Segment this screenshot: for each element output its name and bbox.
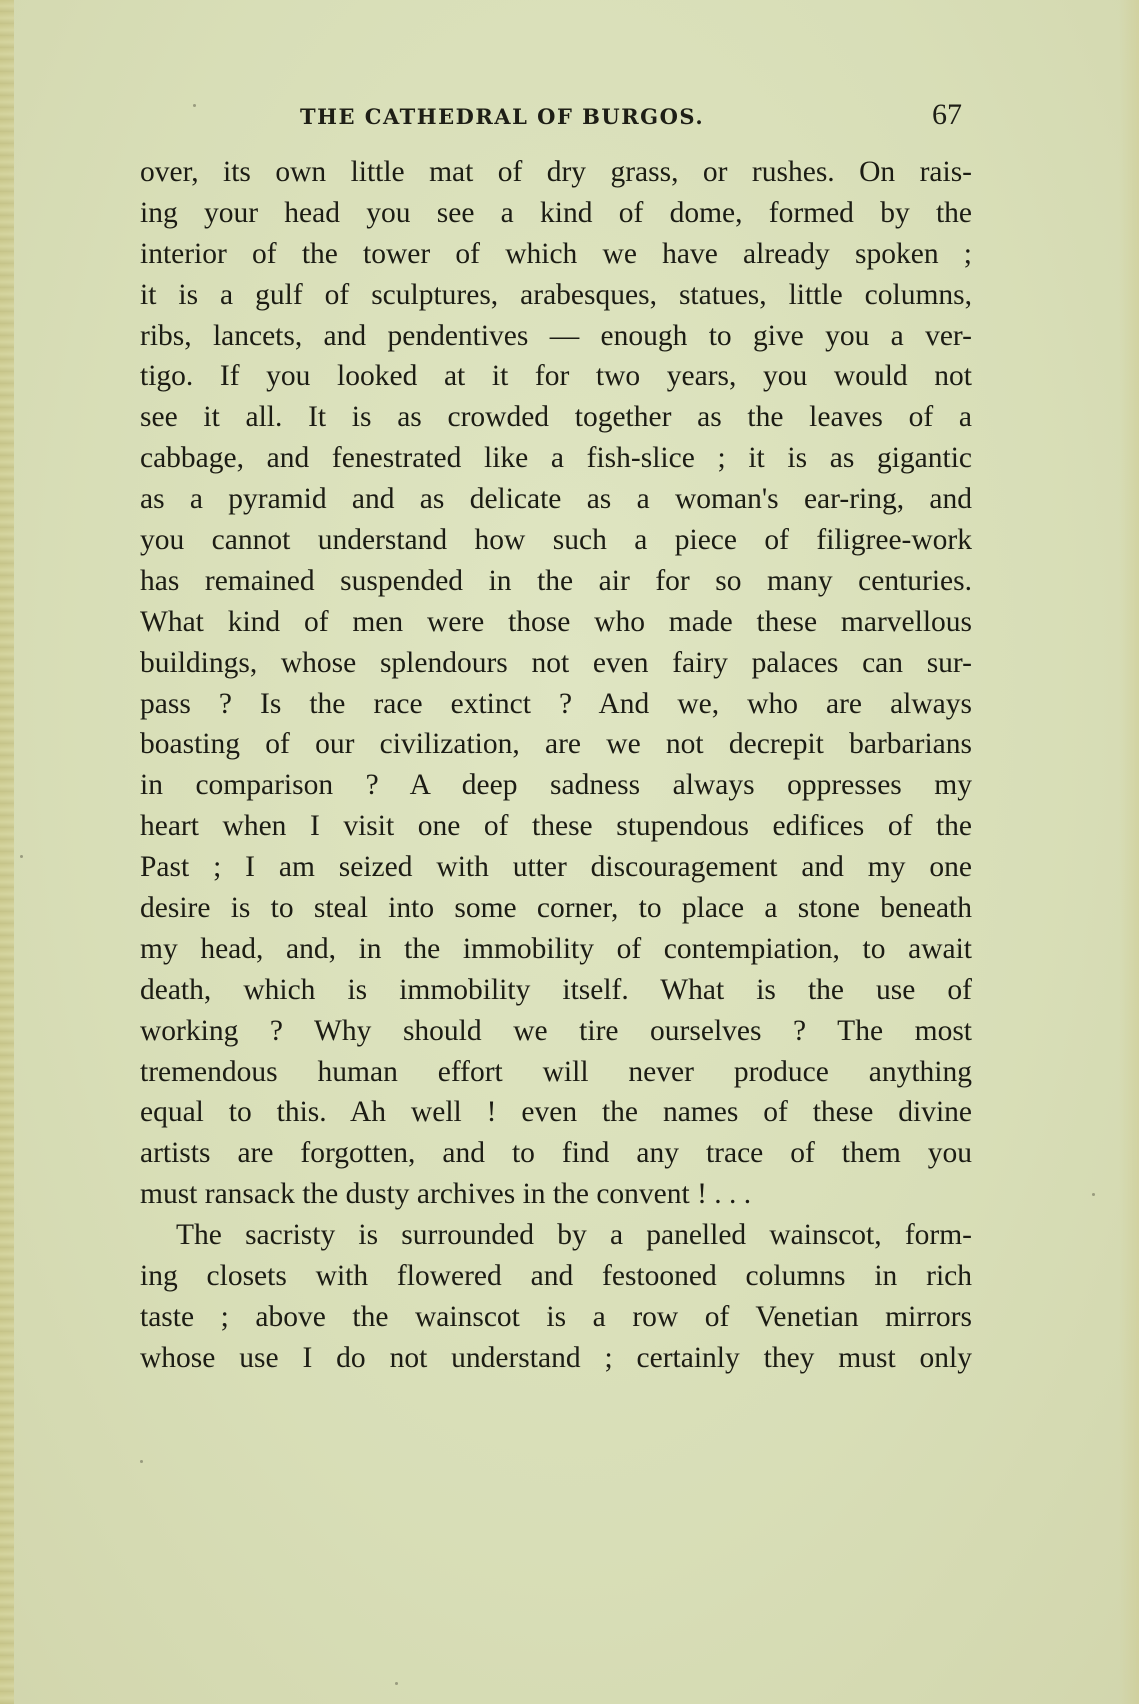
text-line: has remained suspended in the air for so… [140,561,972,602]
text-line: working ? Why should we tire ourselves ?… [140,1011,972,1052]
text-line: as a pyramid and as delicate as a woman'… [140,479,972,520]
text-line: taste ; above the wainscot is a row of V… [140,1297,972,1338]
text-line: interior of the tower of which we have a… [140,234,972,275]
text-line: pass ? Is the race extinct ? And we, who… [140,684,972,725]
speck [395,1682,398,1685]
text-line: heart when I visit one of these stupendo… [140,806,972,847]
running-title: THE CATHEDRAL OF BURGOS. [300,104,704,129]
text-line: The sacristy is surrounded by a panelled… [140,1215,972,1256]
page-binding-edge [0,0,14,1704]
text-line: What kind of men were those who made the… [140,602,972,643]
text-line: tigo. If you looked at it for two years,… [140,356,972,397]
text-line: see it all. It is as crowded together as… [140,397,972,438]
text-line: ribs, lancets, and pendentives — enough … [140,316,972,357]
text-line: whose use I do not understand ; certainl… [140,1338,972,1379]
text-line: boasting of our civilization, are we not… [140,724,972,765]
text-line: cabbage, and fenestrated like a fish-sli… [140,438,972,479]
text-line: in comparison ? A deep sadness always op… [140,765,972,806]
text-line: buildings, whose splendours not even fai… [140,643,972,684]
text-line: artists are forgotten, and to find any t… [140,1133,972,1174]
text-line: equal to this. Ah well ! even the names … [140,1092,972,1133]
text-line: over, its own little mat of dry grass, o… [140,152,972,193]
text-line: Past ; I am seized with utter discourage… [140,847,972,888]
text-line: tremendous human effort will never produ… [140,1052,972,1093]
text-line: must ransack the dusty archives in the c… [140,1174,972,1215]
text-line: death, which is immobility itself. What … [140,970,972,1011]
book-page: THE CATHEDRAL OF BURGOS. 67 over, its ow… [0,0,1139,1704]
paragraph-1: over, its own little mat of dry grass, o… [140,152,972,1215]
text-line: ing your head you see a kind of dome, fo… [140,193,972,234]
text-line: desire is to steal into some corner, to … [140,888,972,929]
speck [1092,1193,1095,1196]
text-line: you cannot understand how such a piece o… [140,520,972,561]
text-line: ing closets with flowered and festooned … [140,1256,972,1297]
speck [193,104,196,107]
running-header: THE CATHEDRAL OF BURGOS. 67 [0,104,1139,144]
speck [140,1460,143,1463]
page-number: 67 [932,98,962,132]
text-line: it is a gulf of sculptures, arabesques, … [140,275,972,316]
speck [20,855,23,858]
body-text: over, its own little mat of dry grass, o… [140,152,972,1379]
text-line: my head, and, in the immobility of conte… [140,929,972,970]
paragraph-2: The sacristy is surrounded by a panelled… [140,1215,972,1379]
